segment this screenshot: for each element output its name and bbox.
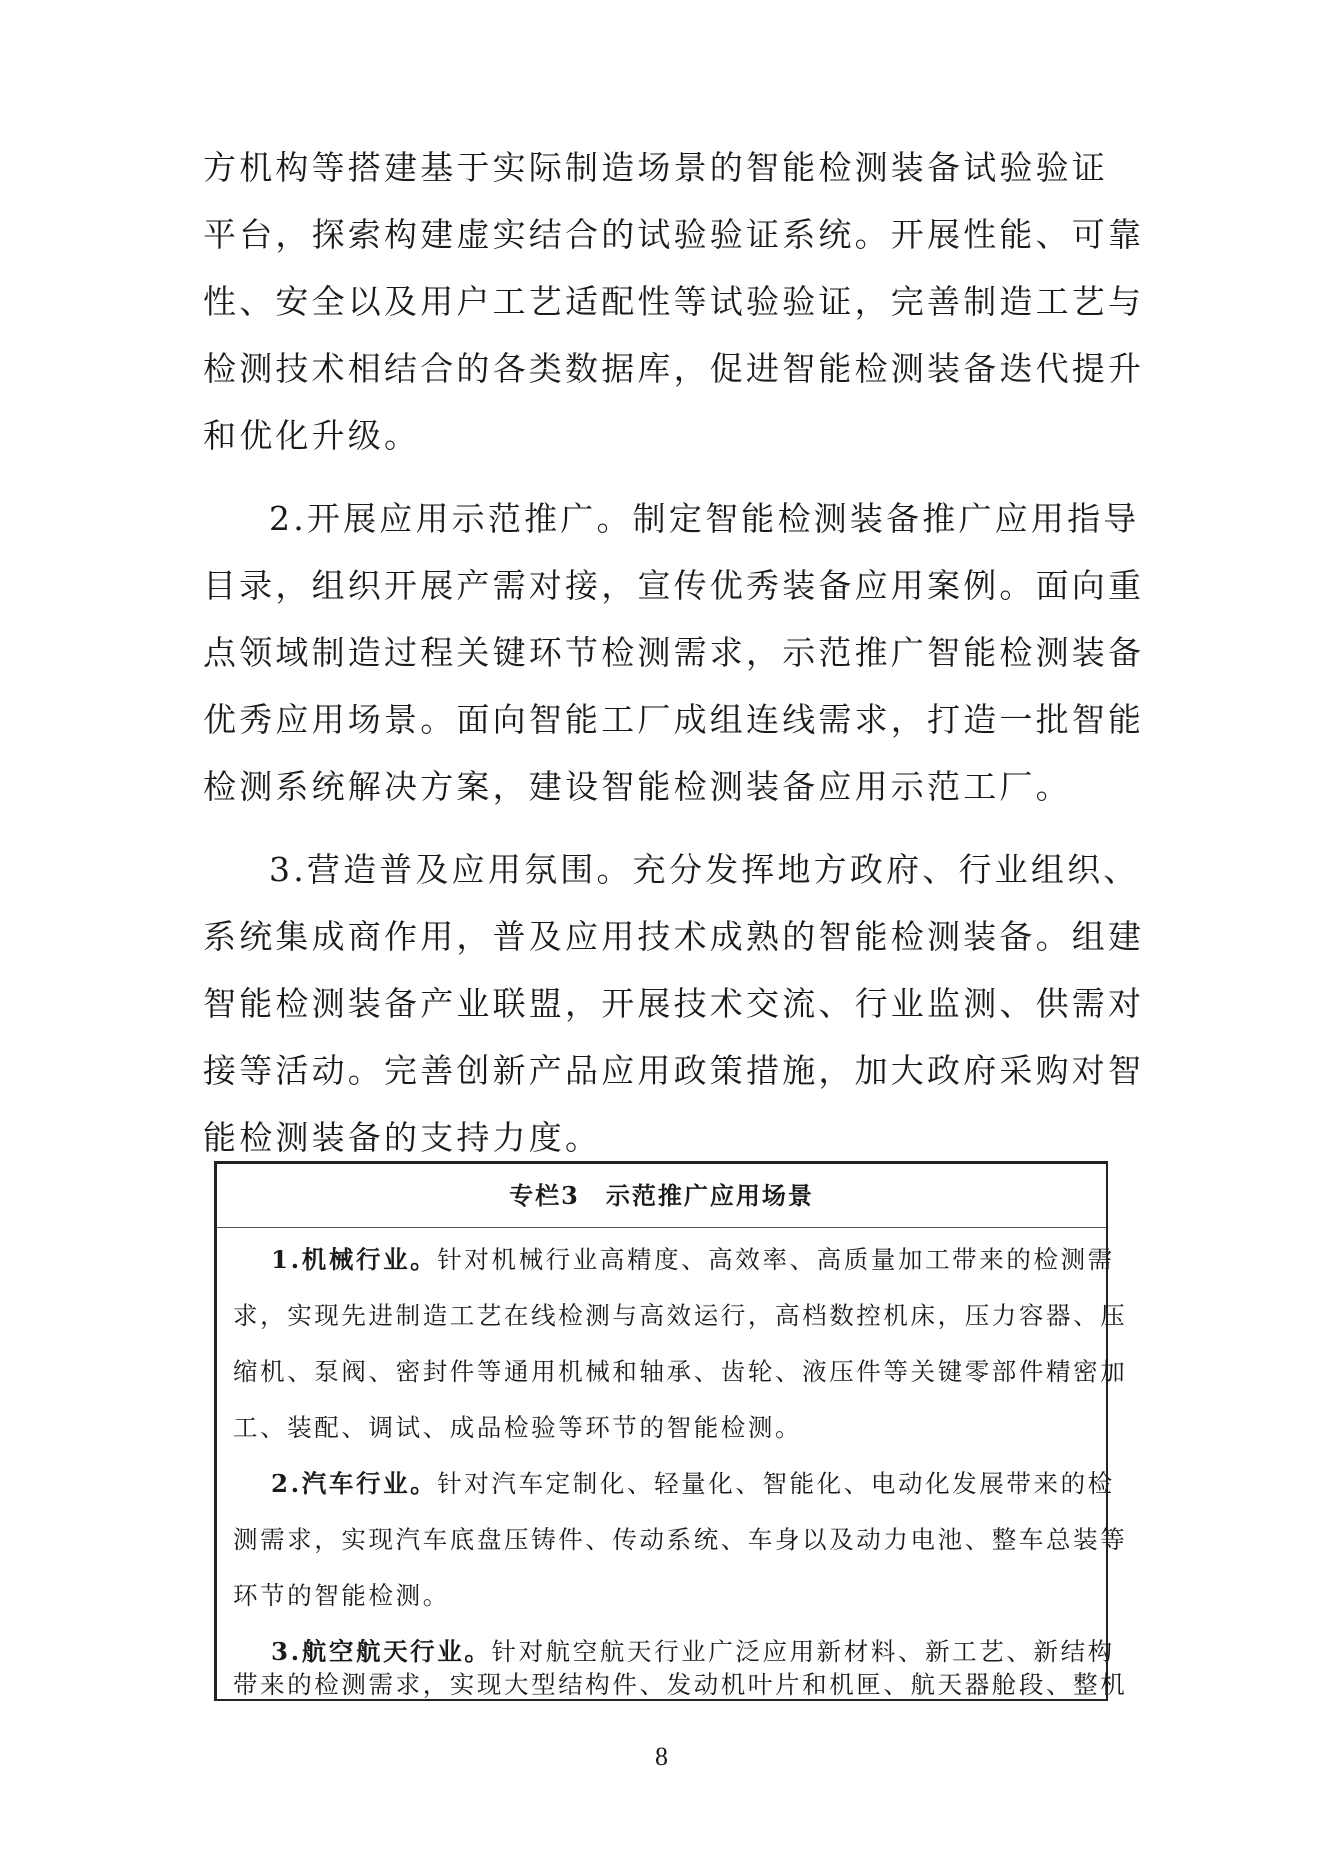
text-line: 系统集成商作用，普及应用技术成熟的智能检测装备。组建: [203, 917, 1144, 957]
text-line: 点领域制造过程关键环节检测需求，示范推广智能检测装备: [203, 633, 1144, 673]
text-line: 2.开展应用示范推广。制定智能检测装备推广应用指导: [269, 499, 1140, 539]
text-line: 性、安全以及用户工艺适配性等试验验证，完善制造工艺与: [203, 282, 1144, 322]
item-heading-machinery: 1.机械行业。: [271, 1245, 437, 1274]
text-line: 检测系统解决方案，建设智能检测装备应用示范工厂。: [203, 767, 1072, 807]
box-line: 测需求，实现汽车底盘压铸件、传动系统、车身以及动力电池、整车总装等: [233, 1524, 1127, 1556]
item-text: 针对汽车定制化、轻量化、智能化、电动化发展带来的检: [437, 1469, 1115, 1498]
text-line: 方机构等搭建基于实际制造场景的智能检测装备试验验证: [203, 148, 1108, 188]
page-number: 8: [0, 1742, 1323, 1772]
item-heading-automotive: 2.汽车行业。: [271, 1469, 437, 1498]
text-line: 能检测装备的支持力度。: [203, 1118, 601, 1158]
text-line: 检测技术相结合的各类数据库，促进智能检测装备迭代提升: [203, 349, 1144, 389]
text-line: 接等活动。完善创新产品应用政策措施，加大政府采购对智: [203, 1051, 1144, 1091]
item-heading-aerospace: 3.航空航天行业。: [271, 1637, 491, 1666]
box-line: 缩机、泵阀、密封件等通用机械和轴承、齿轮、液压件等关键零部件精密加: [233, 1356, 1127, 1388]
item-text: 针对航空航天行业广泛应用新材料、新工艺、新结构: [491, 1637, 1114, 1666]
text-line: 平台，探索构建虚实结合的试验验证系统。开展性能、可靠: [203, 215, 1144, 255]
text-line: 优秀应用场景。面向智能工厂成组连线需求，打造一批智能: [203, 700, 1144, 740]
box-line: 环节的智能检测。: [233, 1580, 450, 1612]
text-line: 目录，组织开展产需对接，宣传优秀装备应用案例。面向重: [203, 566, 1144, 606]
box-line: 2.汽车行业。针对汽车定制化、轻量化、智能化、电动化发展带来的检: [271, 1468, 1115, 1500]
text-line: 和优化升级。: [203, 416, 420, 456]
text-line: 3.营造普及应用氛围。充分发挥地方政府、行业组织、: [269, 850, 1140, 890]
box-line: 工、装配、调试、成品检验等环节的智能检测。: [233, 1412, 802, 1444]
sidebar-box-title: 专栏3 示范推广应用场景: [509, 1181, 814, 1210]
sidebar-box: 专栏3 示范推广应用场景 1.机械行业。针对机械行业高精度、高效率、高质量加工带…: [214, 1161, 1108, 1701]
box-line: 带来的检测需求，实现大型结构件、发动机叶片和机匣、航天器舱段、整机: [233, 1669, 1127, 1701]
box-line: 3.航空航天行业。针对航空航天行业广泛应用新材料、新工艺、新结构: [271, 1636, 1115, 1668]
sidebar-box-header: 专栏3 示范推广应用场景: [217, 1164, 1106, 1228]
item-text: 针对机械行业高精度、高效率、高质量加工带来的检测需: [437, 1245, 1115, 1274]
box-line: 1.机械行业。针对机械行业高精度、高效率、高质量加工带来的检测需: [271, 1244, 1115, 1276]
box-line: 求，实现先进制造工艺在线检测与高效运行，高档数控机床，压力容器、压: [233, 1300, 1127, 1332]
text-line: 智能检测装备产业联盟，开展技术交流、行业监测、供需对: [203, 984, 1144, 1024]
